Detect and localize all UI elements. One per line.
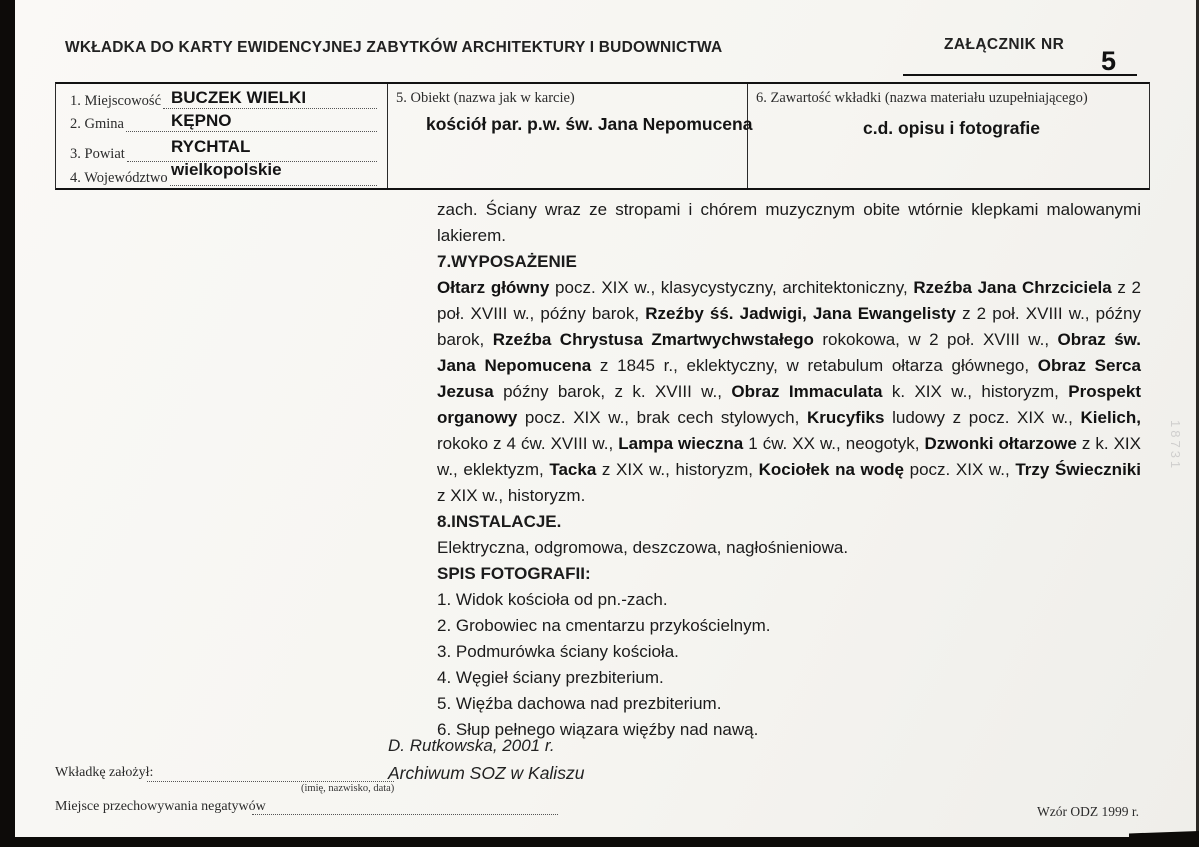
photo-item: 2. Grobowiec na cmentarzu przykościelnym… bbox=[437, 613, 1141, 639]
scan-edge-corner bbox=[1129, 831, 1199, 847]
attachment-label: ZAŁĄCZNIK NR bbox=[944, 36, 1064, 54]
signature-name: D. Rutkowska, 2001 r. bbox=[388, 736, 555, 756]
founder-hint: (imię, nazwisko, data) bbox=[301, 783, 394, 794]
founder-label: Wkładkę założył: bbox=[55, 765, 153, 781]
photo-item: 5. Więźba dachowa nad prezbiterium. bbox=[437, 691, 1141, 717]
photos-heading: SPIS FOTOGRAFII: bbox=[437, 561, 1141, 587]
section8-text: Elektryczna, odgromowa, deszczowa, nagło… bbox=[437, 535, 1141, 561]
negatives-label: Miejsce przechowywania negatywów bbox=[55, 799, 266, 815]
field-value-powiat: RYCHTAL bbox=[171, 137, 250, 157]
header-form-table: 1. Miejscowość 2. Gmina 3. Powiat 4. Woj… bbox=[55, 82, 1150, 190]
object-cell: 5. Obiekt (nazwa jak w karcie) kościół p… bbox=[388, 84, 747, 188]
contents-value: c.d. opisu i fotografie bbox=[863, 118, 1150, 139]
attachment-underline bbox=[903, 74, 1137, 76]
scan-edge-left bbox=[0, 0, 15, 840]
document-body: zach. Ściany wraz ze stropami i chórem m… bbox=[437, 197, 1141, 743]
dotted-line bbox=[252, 798, 558, 815]
section7-heading: 7.WYPOSAŻENIE bbox=[437, 249, 1141, 275]
photo-item: 3. Podmurówka ściany kościoła. bbox=[437, 639, 1141, 665]
field-value-gmina: KĘPNO bbox=[171, 111, 231, 131]
section8-heading: 8.INSTALACJE. bbox=[437, 509, 1141, 535]
field-label-miejscowosc: 1. Miejscowość bbox=[70, 94, 161, 109]
object-label: 5. Obiekt (nazwa jak w karcie) bbox=[388, 84, 747, 107]
field-label-gmina: 2. Gmina bbox=[70, 117, 124, 132]
field-label-wojewodztwo: 4. Województwo bbox=[70, 171, 168, 186]
dotted-line bbox=[126, 114, 377, 132]
field-value-miejscowosc: BUCZEK WIELKI bbox=[171, 88, 306, 108]
section7-paragraph: Ołtarz główny pocz. XIX w., klasycystycz… bbox=[437, 275, 1141, 509]
attachment-number: 5 bbox=[1101, 46, 1116, 77]
location-fields-cell: 1. Miejscowość 2. Gmina 3. Powiat 4. Woj… bbox=[56, 84, 387, 188]
document-title: WKŁADKA DO KARTY EWIDENCYJNEJ ZABYTKÓW A… bbox=[65, 39, 722, 57]
intro-paragraph: zach. Ściany wraz ze stropami i chórem m… bbox=[437, 197, 1141, 249]
object-value: kościół par. p.w. św. Jana Nepomucena bbox=[426, 114, 747, 135]
faint-margin-note: 18731 bbox=[1168, 420, 1183, 471]
form-model-note: Wzór ODZ 1999 r. bbox=[1037, 804, 1139, 820]
scan-edge-bottom bbox=[0, 837, 1199, 847]
signature-archive: Archiwum SOZ w Kaliszu bbox=[388, 763, 584, 784]
field-label-powiat: 3. Powiat bbox=[70, 147, 125, 162]
scanned-document-page: WKŁADKA DO KARTY EWIDENCYJNEJ ZABYTKÓW A… bbox=[0, 0, 1199, 847]
dotted-line bbox=[147, 765, 394, 782]
contents-label: 6. Zawartość wkładki (nazwa materiału uz… bbox=[748, 84, 1150, 107]
contents-cell: 6. Zawartość wkładki (nazwa materiału uz… bbox=[748, 84, 1150, 188]
photo-item: 1. Widok kościoła od pn.-zach. bbox=[437, 587, 1141, 613]
photo-item: 4. Węgieł ściany prezbiterium. bbox=[437, 665, 1141, 691]
field-value-wojewodztwo: wielkopolskie bbox=[171, 160, 282, 180]
